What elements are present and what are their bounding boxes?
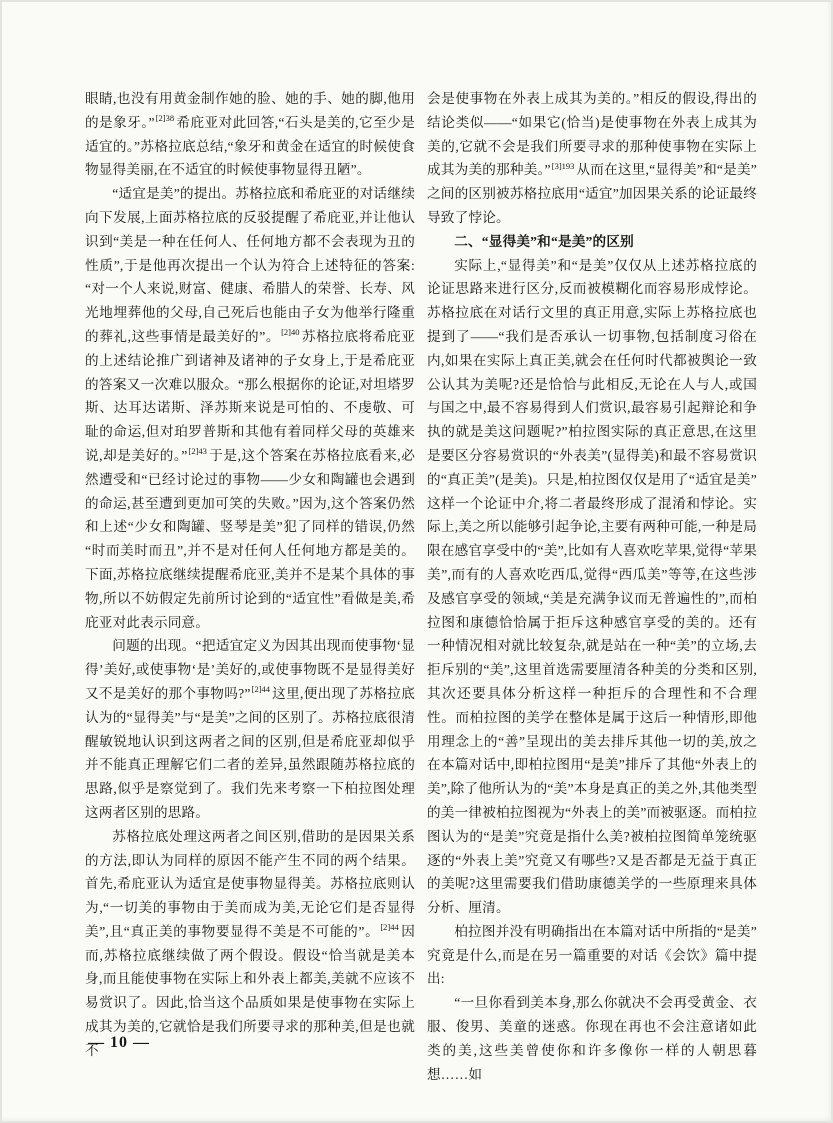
text-column-right: 会是使事物在外表上成其为美的。”相反的假设,得出的结论类似——“如果它(恰当)是… <box>427 87 757 1086</box>
body-paragraph: 问题的出现。“把适宜定义为因其出现而使事物‘显得’美好,或使事物‘是’美好的,或… <box>85 634 415 824</box>
text-column-left: 眼睛,也没有用黄金制作她的脸、她的手、她的脚,他用的是象牙。”[2]38希庇亚对… <box>85 87 415 1086</box>
section-heading: 二、“显得美”和“是美”的区别 <box>427 230 757 254</box>
scanned-document-page: { "theme": { "paper_color": "#fafaf7", "… <box>0 0 833 1123</box>
body-paragraph: “适宜是美”的提出。苏格拉底和希庇亚的对话继续向下发展,上面苏格拉底的反驳提醒了… <box>85 182 415 634</box>
page-number: — 10 — <box>88 1034 150 1052</box>
body-paragraph: 眼睛,也没有用黄金制作她的脸、她的手、她的脚,他用的是象牙。”[2]38希庇亚对… <box>85 87 415 182</box>
body-paragraph: “一旦你看到美本身,那么你就决不会再受黄金、衣服、俊男、美童的迷惑。你现在再也不… <box>427 991 757 1086</box>
citation-reference: [2]44 <box>380 922 398 932</box>
body-paragraph: 苏格拉底处理这两者之间区别,借助的是因果关系的方法,即认为同样的原因不能产生不同… <box>85 825 415 1063</box>
citation-reference: [2]44 <box>252 684 270 694</box>
body-paragraph: 实际上,“显得美”和“是美”仅仅从上述苏格拉底的论证思路来进行区分,反而被模糊化… <box>427 254 757 920</box>
citation-reference: [3]193 <box>552 161 575 171</box>
citation-reference: [2]40 <box>281 327 299 337</box>
citation-reference: [2]38 <box>156 113 174 123</box>
citation-reference: [2]43 <box>188 446 206 456</box>
body-paragraph: 柏拉图并没有明确指出在本篇对话中所指的“是美”究竟是什么,而是在另一篇重要的对话… <box>427 920 757 991</box>
body-paragraph: 会是使事物在外表上成其为美的。”相反的假设,得出的结论类似——“如果它(恰当)是… <box>427 87 757 230</box>
two-column-text-area: 眼睛,也没有用黄金制作她的脸、她的手、她的脚,他用的是象牙。”[2]38希庇亚对… <box>85 87 757 1086</box>
